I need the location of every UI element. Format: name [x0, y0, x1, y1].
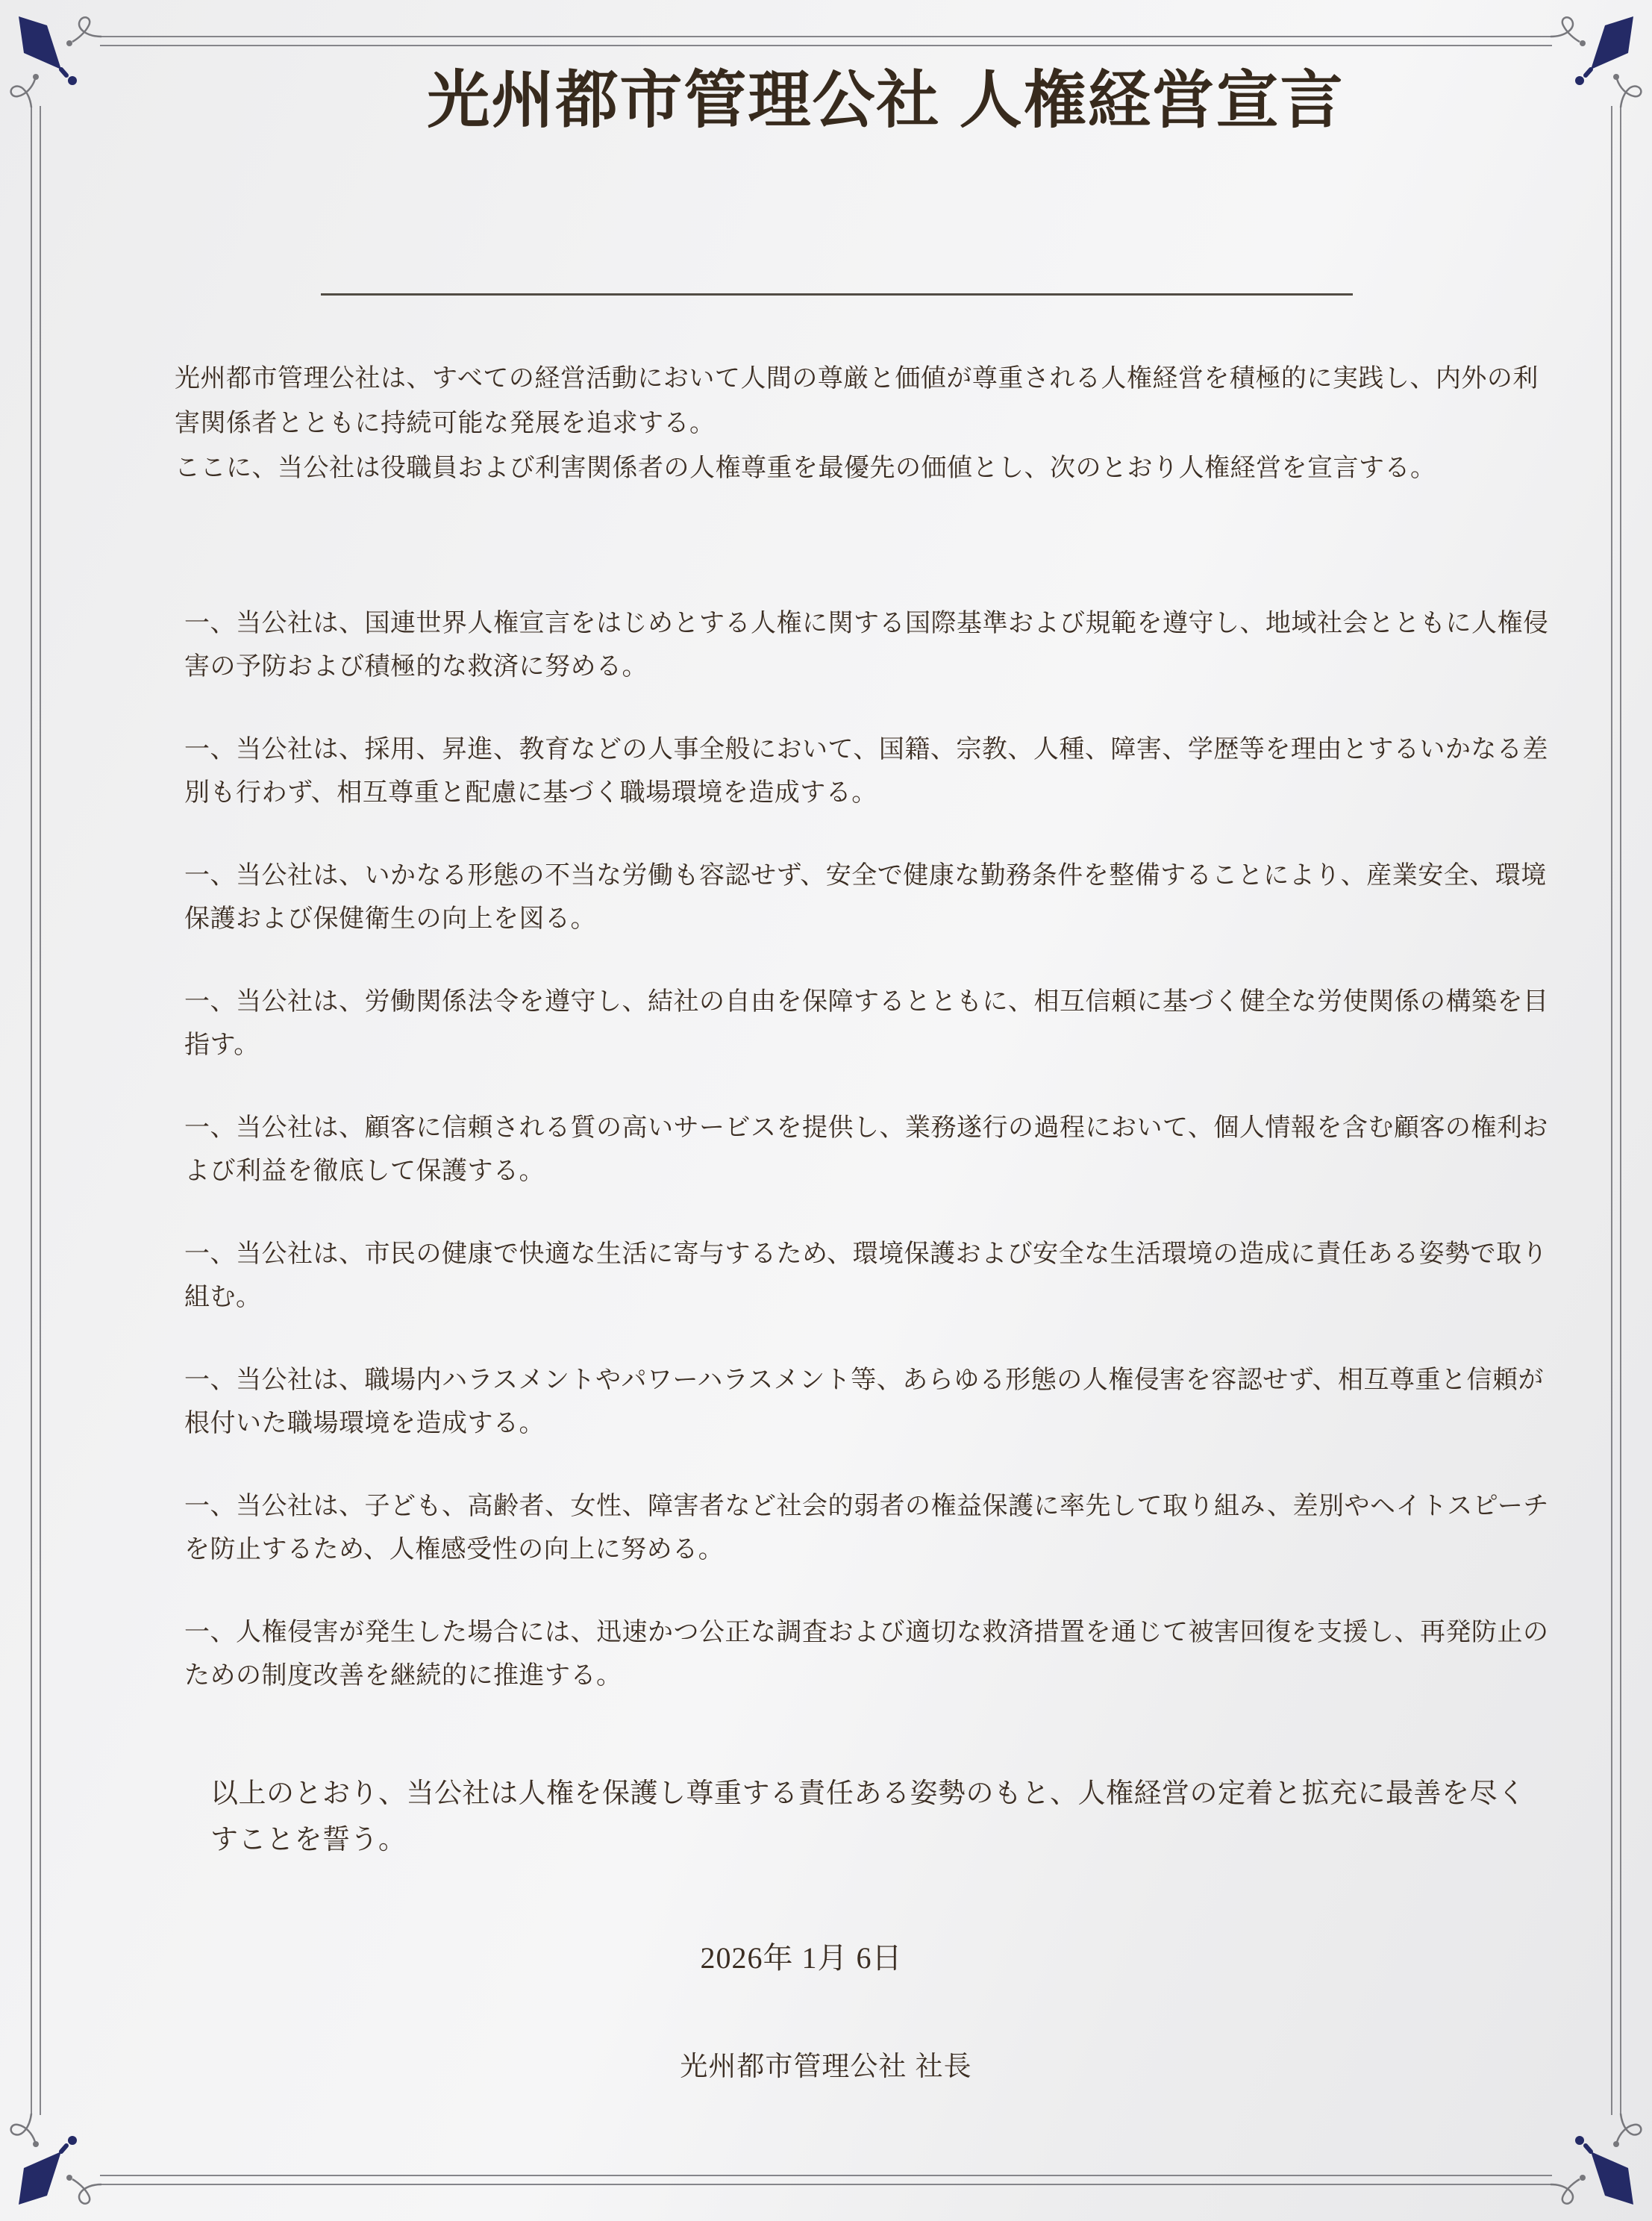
- clause-paragraph: 一、当公社は、採用、昇進、教育などの人事全般において、国籍、宗教、人種、障害、学…: [184, 728, 1557, 814]
- corner-ornament-top-left: [11, 16, 101, 107]
- page-title: 光州都市管理公社 人権経営宣言: [119, 66, 1652, 134]
- clause-paragraph: 一、当公社は、労働関係法令を遵守し、結社の自由を保障するとともに、相互信頼に基づ…: [184, 980, 1557, 1066]
- corner-ornament-bottom-right: [1551, 2114, 1641, 2205]
- corner-ornament-bottom-left: [11, 2114, 101, 2205]
- intro-paragraph: ここに、当公社は役職員および利害関係者の人権尊重を最優先の価値とし、次のとおり人…: [175, 446, 1552, 490]
- title-divider: [321, 293, 1353, 296]
- clause-paragraph: 一、当公社は、国連世界人権宣言をはじめとする人権に関する国際基準および規範を遵守…: [184, 602, 1557, 688]
- clause-paragraph: 一、人権侵害が発生した場合には、迅速かつ公正な調査および適切な救済措置を通じて被…: [184, 1611, 1557, 1697]
- signature: 光州都市管理公社 社長: [0, 2043, 1652, 2084]
- clause-paragraph: 一、当公社は、顧客に信頼される質の高いサービスを提供し、業務遂行の過程において、…: [184, 1106, 1557, 1193]
- clause-list: 一、当公社は、国連世界人権宣言をはじめとする人権に関する国際基準および規範を遵守…: [184, 602, 1557, 1737]
- declaration-date: 2026年 1月 6日: [0, 1934, 1603, 1977]
- closing-pledge: 以上のとおり、当公社は人権を保護し尊重する責任ある姿勢のもと、人権経営の定着と拡…: [210, 1770, 1531, 1863]
- declaration-page: { "doc": { "title": "光州都市管理公社 人権経営宣言", "…: [0, 0, 1652, 2221]
- clause-paragraph: 一、当公社は、子ども、高齢者、女性、障害者など社会的弱者の権益保護に率先して取り…: [184, 1484, 1557, 1571]
- clause-paragraph: 一、当公社は、市民の健康で快適な生活に寄与するため、環境保護および安全な生活環境…: [184, 1232, 1557, 1319]
- intro-paragraph: 光州都市管理公社は、すべての経営活動において人間の尊厳と価値が尊重される人権経営…: [175, 356, 1552, 446]
- intro-section: 光州都市管理公社は、すべての経営活動において人間の尊厳と価値が尊重される人権経営…: [175, 356, 1552, 490]
- clause-paragraph: 一、当公社は、いかなる形態の不当な労働も容認せず、安全で健康な勤務条件を整備する…: [184, 854, 1557, 940]
- clause-paragraph: 一、当公社は、職場内ハラスメントやパワーハラスメント等、あらゆる形態の人権侵害を…: [184, 1358, 1557, 1445]
